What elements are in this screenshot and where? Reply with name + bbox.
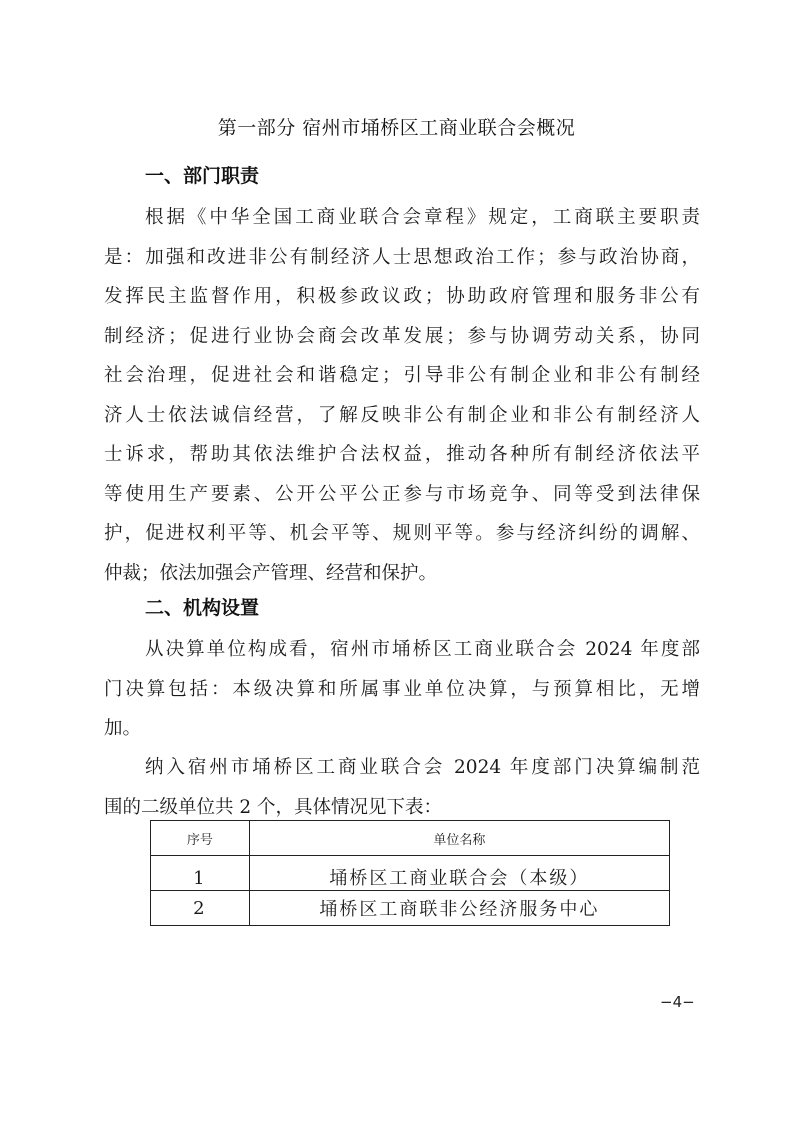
page-number: −4− <box>660 993 695 1011</box>
cell-index: 2 <box>151 891 250 926</box>
paragraph-line: 制经济；促进行业协会商会改革发展；参与协调劳动关系，协同 <box>104 317 700 357</box>
paragraph-line: 护，促进权利平等、机会平等、规则平等。参与经济纠纷的调解、 <box>104 514 700 554</box>
organization-paragraph-1: 从决算单位构成看，宿州市埇桥区工商业联合会 2024 年度部 门决算包括：本级决… <box>104 630 700 749</box>
organization-paragraph-2: 纳入宿州市埇桥区工商业联合会 2024 年度部门决算编制范 围的二级单位共 2 … <box>104 748 700 827</box>
paragraph-line: 是：加强和改进非公有制经济人士思想政治工作；参与政治协商， <box>104 238 700 278</box>
cell-unit-name: 埇桥区工商业联合会（本级） <box>249 856 669 891</box>
cell-index: 1 <box>151 856 250 891</box>
table-row: 2 埇桥区工商联非公经济服务中心 <box>151 891 670 926</box>
table-row: 1 埇桥区工商业联合会（本级） <box>151 856 670 891</box>
units-table: 序号 单位名称 1 埇桥区工商业联合会（本级） 2 埇桥区工商联非公经济服务中心 <box>150 820 670 926</box>
table-header-row: 序号 单位名称 <box>151 821 670 856</box>
paragraph-line: 发挥民主监督作用，积极参政议政；协助政府管理和服务非公有 <box>104 277 700 317</box>
paragraph-line: 社会治理，促进社会和谐稳定；引导非公有制企业和非公有制经 <box>104 356 700 396</box>
duties-paragraph: 根据《中华全国工商业联合会章程》规定，工商联主要职责 是：加强和改进非公有制经济… <box>104 198 700 593</box>
column-header-index: 序号 <box>151 821 250 856</box>
paragraph-line: 士诉求，帮助其依法维护合法权益，推动各种所有制经济依法平 <box>104 435 700 475</box>
paragraph-line: 仲裁；依法加强会产管理、经营和保护。 <box>104 554 700 594</box>
paragraph-line: 门决算包括：本级决算和所属事业单位决算，与预算相比，无增 <box>104 670 700 710</box>
paragraph-line: 等使用生产要素、公开公平公正参与市场竞争、同等受到法律保 <box>104 475 700 515</box>
paragraph-line: 根据《中华全国工商业联合会章程》规定，工商联主要职责 <box>104 198 700 238</box>
section-heading-organization: 二、机构设置 <box>145 594 259 622</box>
paragraph-line: 济人士依法诚信经营，了解反映非公有制企业和非公有制经济人 <box>104 396 700 436</box>
section-heading-duties: 一、部门职责 <box>145 162 259 190</box>
column-header-unit-name: 单位名称 <box>249 821 669 856</box>
paragraph-line: 纳入宿州市埇桥区工商业联合会 2024 年度部门决算编制范 <box>104 748 700 788</box>
cell-unit-name: 埇桥区工商联非公经济服务中心 <box>249 891 669 926</box>
paragraph-line: 从决算单位构成看，宿州市埇桥区工商业联合会 2024 年度部 <box>104 630 700 670</box>
page-title: 第一部分 宿州市埇桥区工商业联合会概况 <box>0 114 793 142</box>
paragraph-line: 加。 <box>104 709 700 749</box>
